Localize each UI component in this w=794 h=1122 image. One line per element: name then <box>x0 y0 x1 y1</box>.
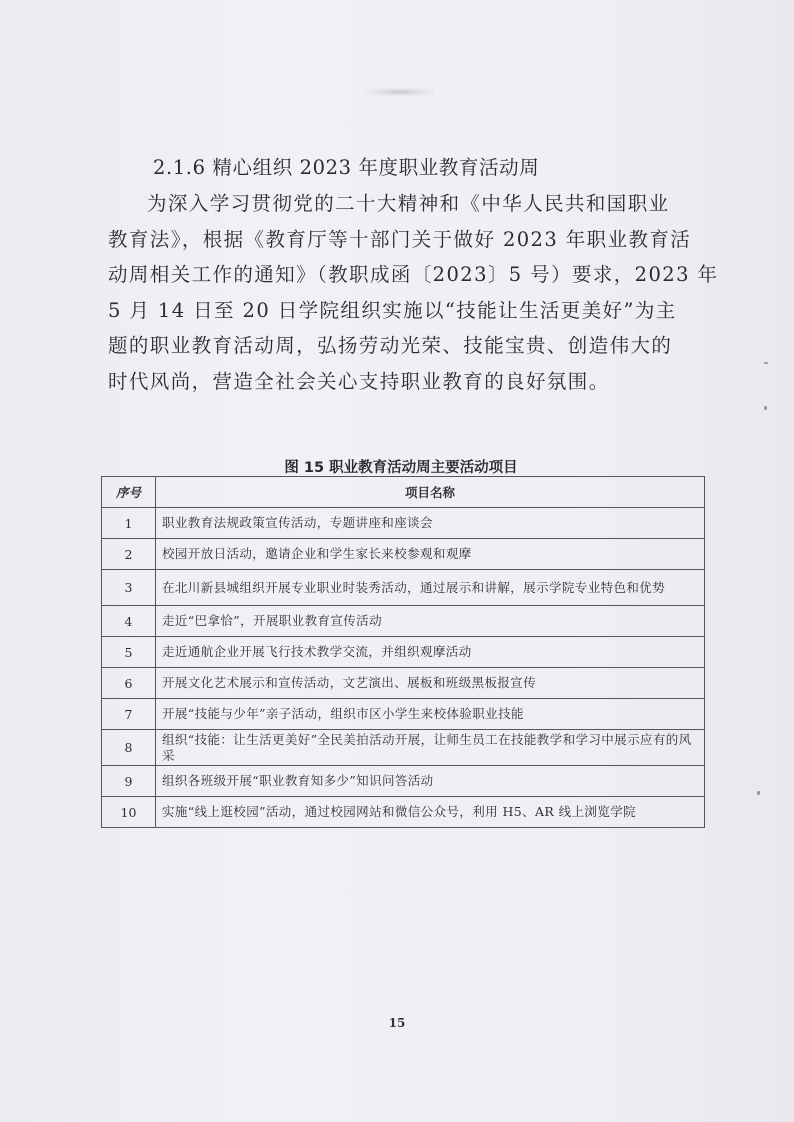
paragraph-line: 时代风尚，营造全社会关心支持职业教育的良好氛围。 <box>108 364 708 400</box>
scan-speck <box>757 791 760 795</box>
row-number: 3 <box>102 570 156 606</box>
row-activity-name: 走近“巴拿恰”，开展职业教育宣传活动 <box>156 606 705 637</box>
table-row: 2 校园开放日活动，邀请企业和学生家长来校参观和观摩 <box>102 539 705 570</box>
column-header-number: 序号 <box>102 477 156 508</box>
scan-speck <box>764 362 768 364</box>
paragraph-line: 为深入学习贯彻党的二十大精神和《中华人民共和国职业 <box>108 186 708 222</box>
row-activity-name: 校园开放日活动，邀请企业和学生家长来校参观和观摩 <box>156 539 705 570</box>
row-number: 8 <box>102 730 156 766</box>
figure-caption: 图 15 职业教育活动周主要活动项目 <box>0 456 794 477</box>
row-activity-name: 走近通航企业开展飞行技术教学交流，并组织观摩活动 <box>156 637 705 668</box>
body-paragraph: 为深入学习贯彻党的二十大精神和《中华人民共和国职业 教育法》，根据《教育厅等十部… <box>108 186 708 399</box>
row-number: 5 <box>102 637 156 668</box>
row-activity-name: 实施“线上逛校园”活动，通过校园网站和微信公众号，利用 H5、AR 线上浏览学院 <box>156 797 705 828</box>
table-header-row: 序号 项目名称 <box>102 477 705 508</box>
section-heading: 2.1.6 精心组织 2023 年度职业教育活动周 <box>153 152 539 180</box>
row-activity-name: 组织“技能：让生活更美好”全民美拍活动开展，让师生员工在技能教学和学习中展示应有… <box>156 730 705 766</box>
table-row: 5 走近通航企业开展飞行技术教学交流，并组织观摩活动 <box>102 637 705 668</box>
page-number: 15 <box>0 1016 794 1030</box>
row-number: 2 <box>102 539 156 570</box>
table-row: 8 组织“技能：让生活更美好”全民美拍活动开展，让师生员工在技能教学和学习中展示… <box>102 730 705 766</box>
table-row: 4 走近“巴拿恰”，开展职业教育宣传活动 <box>102 606 705 637</box>
table-row: 1 职业教育法规政策宣传活动，专题讲座和座谈会 <box>102 508 705 539</box>
row-number: 4 <box>102 606 156 637</box>
table-row: 6 开展文化艺术展示和宣传活动，文艺演出、展板和班级黑板报宣传 <box>102 668 705 699</box>
row-number: 7 <box>102 699 156 730</box>
table-row: 7 开展“技能与少年”亲子活动，组织市区小学生来校体验职业技能 <box>102 699 705 730</box>
scan-speck <box>764 406 767 410</box>
paragraph-line: 题的职业教育活动周，弘扬劳动光荣、技能宝贵、创造伟大的 <box>108 328 708 364</box>
paragraph-line: 5 月 14 日至 20 日学院组织实施以“技能让生活更美好”为主 <box>108 293 708 329</box>
table-row: 3 在北川新县城组织开展专业职业时装秀活动，通过展示和讲解，展示学院专业特色和优… <box>102 570 705 606</box>
document-page: 2.1.6 精心组织 2023 年度职业教育活动周 为深入学习贯彻党的二十大精神… <box>0 0 794 1122</box>
row-activity-name: 组织各班级开展“职业教育知多少”知识问答活动 <box>156 766 705 797</box>
row-number: 10 <box>102 797 156 828</box>
table-row: 9 组织各班级开展“职业教育知多少”知识问答活动 <box>102 766 705 797</box>
row-number: 9 <box>102 766 156 797</box>
paragraph-line: 动周相关工作的通知》（教职成函〔2023〕5 号）要求，2023 年 <box>108 257 708 293</box>
paragraph-line: 教育法》，根据《教育厅等十部门关于做好 2023 年职业教育活 <box>108 222 708 258</box>
table-row: 10 实施“线上逛校园”活动，通过校园网站和微信公众号，利用 H5、AR 线上浏… <box>102 797 705 828</box>
row-activity-name: 开展“技能与少年”亲子活动，组织市区小学生来校体验职业技能 <box>156 699 705 730</box>
activities-table: 序号 项目名称 1 职业教育法规政策宣传活动，专题讲座和座谈会 2 校园开放日活… <box>101 476 705 828</box>
column-header-name: 项目名称 <box>156 477 705 508</box>
row-activity-name: 在北川新县城组织开展专业职业时装秀活动，通过展示和讲解，展示学院专业特色和优势 <box>156 570 705 606</box>
row-activity-name: 职业教育法规政策宣传活动，专题讲座和座谈会 <box>156 508 705 539</box>
row-number: 6 <box>102 668 156 699</box>
row-activity-name: 开展文化艺术展示和宣传活动，文艺演出、展板和班级黑板报宣传 <box>156 668 705 699</box>
row-number: 1 <box>102 508 156 539</box>
header-mark <box>365 88 435 96</box>
